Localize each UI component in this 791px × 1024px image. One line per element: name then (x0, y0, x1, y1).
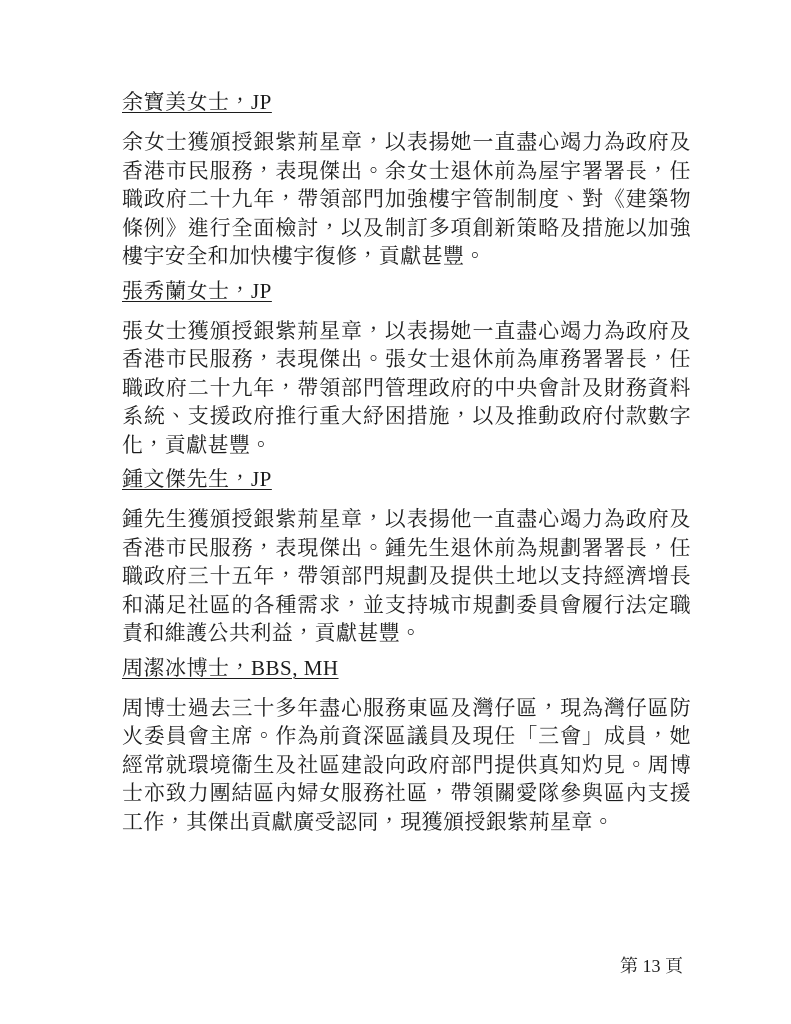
document-body: 余寶美女士，JP 余女士獲頒授銀紫荊星章，以表揚她一直盡心竭力為政府及香港市民服… (122, 88, 691, 842)
award-citation-paragraph: 張女士獲頒授銀紫荊星章，以表揚她一直盡心竭力為政府及香港市民服務，表現傑出。張女… (122, 317, 691, 460)
recipient-name-heading: 張秀蘭女士，JP (122, 277, 691, 305)
award-citation-paragraph: 周博士過去三十多年盡心服務東區及灣仔區，現為灣仔區防火委員會主席。作為前資深區議… (122, 694, 691, 837)
recipient-name-heading: 余寶美女士，JP (122, 88, 691, 116)
award-citation-paragraph: 余女士獲頒授銀紫荊星章，以表揚她一直盡心竭力為政府及香港市民服務，表現傑出。余女… (122, 128, 691, 271)
award-section: 周潔冰博士，BBS, MH 周博士過去三十多年盡心服務東區及灣仔區，現為灣仔區防… (122, 654, 691, 837)
award-section: 余寶美女士，JP 余女士獲頒授銀紫荊星章，以表揚她一直盡心竭力為政府及香港市民服… (122, 88, 691, 271)
document-page: 余寶美女士，JP 余女士獲頒授銀紫荊星章，以表揚她一直盡心竭力為政府及香港市民服… (0, 0, 791, 1024)
award-section: 鍾文傑先生，JP 鍾先生獲頒授銀紫荊星章，以表揚他一直盡心竭力為政府及香港市民服… (122, 465, 691, 648)
recipient-name-heading: 鍾文傑先生，JP (122, 465, 691, 493)
recipient-name-heading: 周潔冰博士，BBS, MH (122, 654, 691, 682)
award-citation-paragraph: 鍾先生獲頒授銀紫荊星章，以表揚他一直盡心竭力為政府及香港市民服務，表現傑出。鍾先… (122, 505, 691, 648)
page-number: 第 13 頁 (620, 955, 683, 977)
award-section: 張秀蘭女士，JP 張女士獲頒授銀紫荊星章，以表揚她一直盡心竭力為政府及香港市民服… (122, 277, 691, 460)
